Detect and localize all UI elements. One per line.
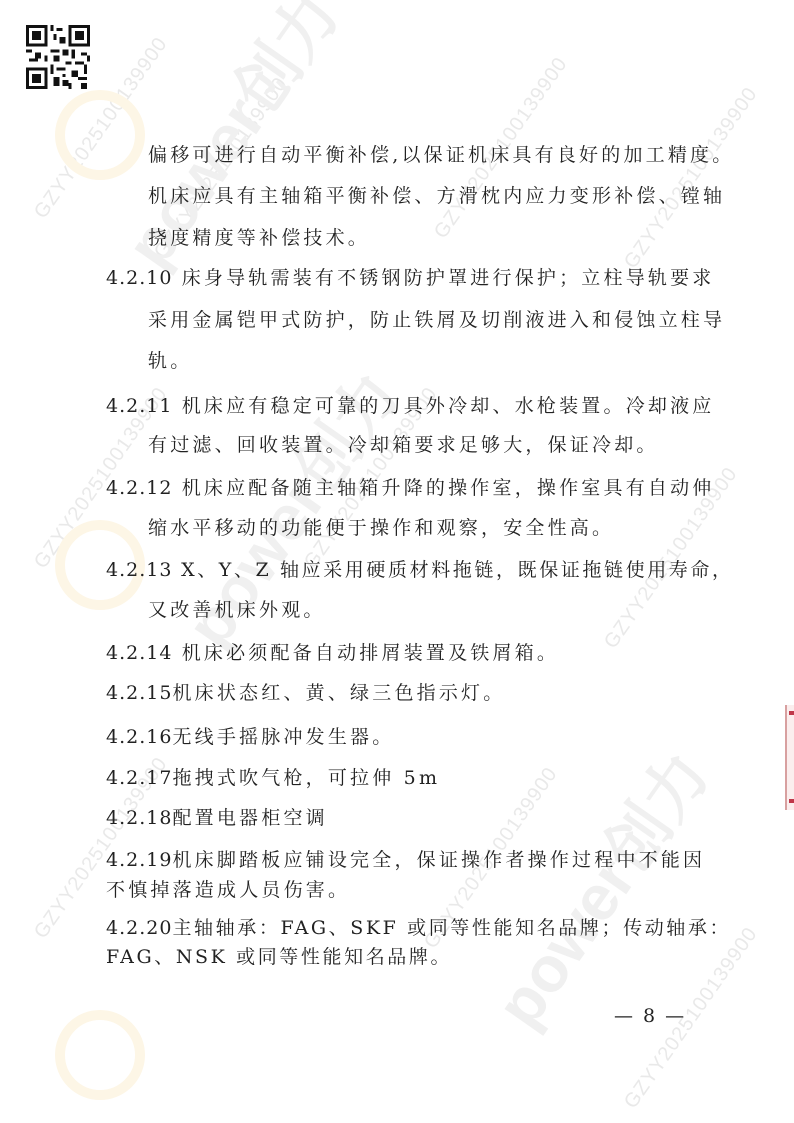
side-bookmark-tab[interactable] [785,705,794,810]
watermark-circle [55,1010,145,1100]
item-text: 床身导轨需装有不锈钢防护罩进行保护；立柱导轨要求 [182,267,715,289]
item-number: 4.2.11 [106,395,172,417]
list-item: 4.2.18配置电器柜空调 [106,806,328,830]
list-item: 4.2.20主轴轴承：FAG、SKF 或同等性能知名品牌；传动轴承： [106,916,731,940]
item-number: 4.2.17 [106,767,172,789]
item-text: 机床必须配备自动排屑装置及铁屑箱。 [182,642,559,664]
list-item: 4.2.16无线手摇脉冲发生器。 [106,725,394,749]
list-item: 4.2.10 床身导轨需装有不锈钢防护罩进行保护；立柱导轨要求 [106,266,715,290]
list-item: 4.2.12 机床应配备随主轴箱升降的操作室，操作室具有自动伸 [106,476,715,500]
side-tab-mark [789,799,794,803]
item-number: 4.2.14 [106,642,172,664]
item-text: 机床应有稳定可靠的刀具外冷却、水枪装置。冷却液应 [182,395,715,417]
item-text: 机床状态红、黄、绿三色指示灯。 [172,682,505,704]
item-number: 4.2.10 [106,267,172,289]
item-number: 4.2.18 [106,807,172,829]
item-text: 配置电器柜空调 [172,807,327,829]
item-continuation: 轨。 [148,349,192,373]
item-continuation: 不慎掉落造成人员伤害。 [106,878,350,902]
list-item: 4.2.15机床状态红、黄、绿三色指示灯。 [106,681,505,705]
list-item: 4.2.14 机床必须配备自动排屑装置及铁屑箱。 [106,641,559,665]
item-text: 无线手摇脉冲发生器。 [172,726,394,748]
item-continuation: FAG、NSK 或同等性能知名品牌。 [106,945,452,969]
item-text: 拖拽式吹气枪，可拉伸 5m [172,767,440,789]
watermark-code: GZYY2025100139900 [620,83,763,273]
item-continuation: 缩水平移动的功能便于操作和观察，安全性高。 [148,516,614,540]
item-text: 机床应配备随主轴箱升降的操作室，操作室具有自动伸 [182,477,715,499]
item-continuation: 有过滤、回收装置。冷却箱要求足够大，保证冷却。 [148,433,659,457]
list-item: 4.2.17拖拽式吹气枪，可拉伸 5m [106,766,440,790]
qr-code-icon [26,25,90,89]
paragraph-line: 挠度精度等补偿技术。 [148,226,370,250]
item-text: X、Y、Z 轴应采用硬质材料拖链，既保证拖链使用寿命， [181,559,734,581]
item-number: 4.2.16 [106,726,172,748]
side-tab-mark [789,711,794,715]
item-number: 4.2.12 [106,477,172,499]
list-item: 4.2.19机床脚踏板应铺设完全，保证操作者操作过程中不能因 [106,848,705,872]
item-number: 4.2.13 [106,559,172,581]
watermark-circle [55,90,145,180]
item-continuation: 采用金属铠甲式防护，防止铁屑及切削液进入和侵蚀立柱导 [148,308,725,332]
item-continuation: 又改善机床外观。 [148,598,326,622]
paragraph-line: 机床应具有主轴箱平衡补偿、方滑枕内应力变形补偿、镗轴 [148,184,725,208]
watermark-logo: power创力 [470,731,727,1043]
item-number: 4.2.15 [106,682,172,704]
item-number: 4.2.20 [106,917,172,939]
page-number: — 8 — [614,1005,686,1027]
item-number: 4.2.19 [106,849,172,871]
item-text: 机床脚踏板应铺设完全，保证操作者操作过程中不能因 [172,849,705,871]
item-text: 主轴轴承：FAG、SKF 或同等性能知名品牌；传动轴承： [172,917,731,939]
list-item: 4.2.13 X、Y、Z 轴应采用硬质材料拖链，既保证拖链使用寿命， [106,558,734,582]
paragraph-line: 偏移可进行自动平衡补偿,以保证机床具有良好的加工精度。 [148,143,734,167]
list-item: 4.2.11 机床应有稳定可靠的刀具外冷却、水枪装置。冷却液应 [106,394,715,418]
